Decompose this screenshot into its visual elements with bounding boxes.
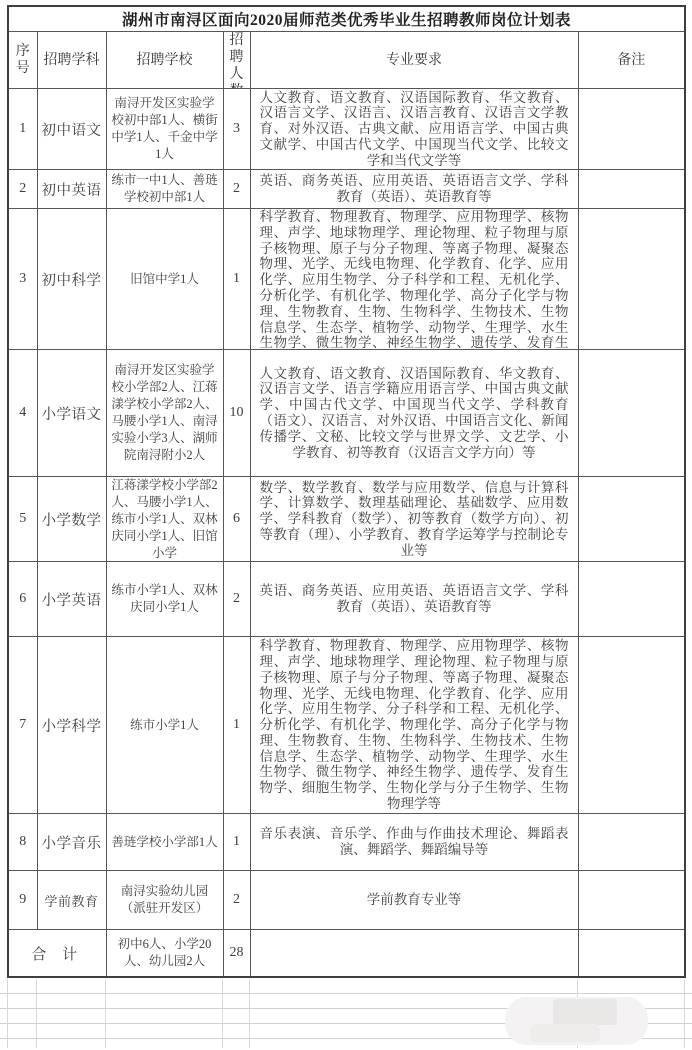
cell-major: 科学教育、物理教育、物理学、应用物理学、核物理、声学、地球物理学、理论物理、粒子…	[250, 209, 578, 350]
cell-total-label: 合 计	[8, 930, 106, 978]
cell-no: 1	[8, 89, 37, 170]
cell-no: 9	[8, 871, 37, 930]
cell-no: 7	[8, 637, 37, 814]
cell-subject: 小学数学	[37, 477, 106, 562]
cell-remark	[578, 89, 685, 170]
table-row: 9 学前教育 南浔实验幼儿园（派驻开发区） 2 学前教育专业等	[8, 871, 685, 930]
cell-total-school: 初中6人、小学20人、幼儿园2人	[106, 930, 223, 978]
cell-no: 3	[8, 209, 37, 350]
page-title: 湖州市南浔区面向2020届师范类优秀毕业生招聘教师岗位计划表	[9, 8, 684, 30]
grid-line	[222, 979, 223, 1048]
cell-school: 南浔开发区实验学校小学部2人、江蒋漾学校小学部2人、马腰小学1人、南浔实验小学3…	[106, 350, 223, 477]
cell-count: 2	[223, 170, 250, 209]
cell-total-count: 28	[223, 930, 250, 978]
header-subject: 招聘学科	[37, 32, 106, 89]
scanned-document: 湖州市南浔区面向2020届师范类优秀毕业生招聘教师岗位计划表 序号 招聘学科 招…	[0, 0, 692, 1050]
cell-school: 练市小学1人	[106, 637, 223, 814]
cell-remark	[578, 209, 685, 350]
cell-major: 英语、商务英语、应用英语、英语语言文学、学科教育（英语）、英语教育等	[250, 562, 578, 637]
cell-subject: 初中科学	[37, 209, 106, 350]
cell-subject: 初中语文	[37, 89, 106, 170]
watermark-blob-lower	[530, 1024, 600, 1042]
header-row: 序号 招聘学科 招聘学校 招聘人数 专业要求 备注	[8, 32, 685, 89]
cell-no: 5	[8, 477, 37, 562]
cell-remark	[578, 871, 685, 930]
cell-count: 1	[223, 637, 250, 814]
cell-remark	[578, 637, 685, 814]
grid-line	[7, 979, 8, 1048]
cell-school: 练市一中1人、善琏学校初中部1人	[106, 170, 223, 209]
table-row: 7 小学科学 练市小学1人 1 科学教育、物理教育、物理学、应用物理学、核物理、…	[8, 637, 685, 814]
table-row: 3 初中科学 旧馆中学1人 1 科学教育、物理教育、物理学、应用物理学、核物理、…	[8, 209, 685, 350]
total-row: 合 计 初中6人、小学20人、幼儿园2人 28	[8, 930, 685, 978]
cell-total-major	[250, 930, 578, 978]
cell-school: 江蒋漾学校小学部2人、马腰小学1人、练市小学1人、双林庆同小学1人、旧馆小学	[106, 477, 223, 562]
cell-remark	[578, 562, 685, 637]
cell-count: 2	[223, 562, 250, 637]
header-remark: 备注	[578, 32, 685, 89]
cell-school: 南浔实验幼儿园（派驻开发区）	[106, 871, 223, 930]
cell-school: 善琏学校小学部1人	[106, 814, 223, 871]
cell-no: 8	[8, 814, 37, 871]
cell-count: 1	[223, 209, 250, 350]
title-row: 湖州市南浔区面向2020届师范类优秀毕业生招聘教师岗位计划表	[8, 6, 685, 32]
grid-line	[105, 979, 106, 1048]
grid-line	[249, 979, 250, 1048]
header-major: 专业要求	[250, 32, 578, 89]
cell-no: 4	[8, 350, 37, 477]
cell-count: 3	[223, 89, 250, 170]
table-row: 1 初中语文 南浔开发区实验学校初中部1人、横街中学1人、千金中学1人 3 人文…	[8, 89, 685, 170]
cell-major: 数学、数学教育、数学与应用数学、信息与计算科学、计算数学、数理基础理论、基础数学…	[250, 477, 578, 562]
header-count: 招聘人数	[223, 32, 250, 89]
cell-count: 1	[223, 814, 250, 871]
cell-remark	[578, 814, 685, 871]
cell-subject: 小学英语	[37, 562, 106, 637]
cell-subject: 初中英语	[37, 170, 106, 209]
grid-line	[684, 979, 685, 1048]
cell-remark	[578, 350, 685, 477]
watermark-blob-inner	[553, 999, 617, 1025]
cell-count: 10	[223, 350, 250, 477]
cell-subject: 小学科学	[37, 637, 106, 814]
cell-total-remark	[578, 930, 685, 978]
header-school: 招聘学校	[106, 32, 223, 89]
table-row: 4 小学语文 南浔开发区实验学校小学部2人、江蒋漾学校小学部2人、马腰小学1人、…	[8, 350, 685, 477]
cell-subject: 学前教育	[37, 871, 106, 930]
grid-line	[36, 979, 37, 1048]
table-row: 2 初中英语 练市一中1人、善琏学校初中部1人 2 英语、商务英语、应用英语、英…	[8, 170, 685, 209]
table-title-cell: 湖州市南浔区面向2020届师范类优秀毕业生招聘教师岗位计划表	[8, 6, 685, 32]
cell-major: 学前教育专业等	[250, 871, 578, 930]
cell-no: 2	[8, 170, 37, 209]
cell-remark	[578, 170, 685, 209]
cell-subject: 小学语文	[37, 350, 106, 477]
cell-no: 6	[8, 562, 37, 637]
cell-school: 南浔开发区实验学校初中部1人、横街中学1人、千金中学1人	[106, 89, 223, 170]
cell-major: 音乐表演、音乐学、作曲与作曲技术理论、舞蹈表演、舞蹈学、舞蹈编导等	[250, 814, 578, 871]
cell-remark	[578, 477, 685, 562]
header-no: 序号	[8, 32, 37, 89]
cell-school: 旧馆中学1人	[106, 209, 223, 350]
cell-major: 人文教育、语文教育、汉语国际教育、华文教育、汉语言文学、语言学籍应用语言学、中国…	[250, 350, 578, 477]
cell-major: 科学教育、物理教育、物理学、应用物理学、核物理、声学、地球物理学、理论物理、粒子…	[250, 637, 578, 814]
cell-school: 练市小学1人、双林庆同小学1人	[106, 562, 223, 637]
table-row: 8 小学音乐 善琏学校小学部1人 1 音乐表演、音乐学、作曲与作曲技术理论、舞蹈…	[8, 814, 685, 871]
table-row: 6 小学英语 练市小学1人、双林庆同小学1人 2 英语、商务英语、应用英语、英语…	[8, 562, 685, 637]
cell-count: 2	[223, 871, 250, 930]
table-row: 5 小学数学 江蒋漾学校小学部2人、马腰小学1人、练市小学1人、双林庆同小学1人…	[8, 477, 685, 562]
cell-major: 人文教育、语文教育、汉语国际教育、华文教育、汉语言文学、汉语言、汉语言教育、汉语…	[250, 89, 578, 170]
empty-row	[0, 979, 692, 994]
cell-count: 6	[223, 477, 250, 562]
recruitment-table: 湖州市南浔区面向2020届师范类优秀毕业生招聘教师岗位计划表 序号 招聘学科 招…	[7, 5, 686, 978]
cell-subject: 小学音乐	[37, 814, 106, 871]
cell-major: 英语、商务英语、应用英语、英语语言文学、学科教育（英语）、英语教育等	[250, 170, 578, 209]
